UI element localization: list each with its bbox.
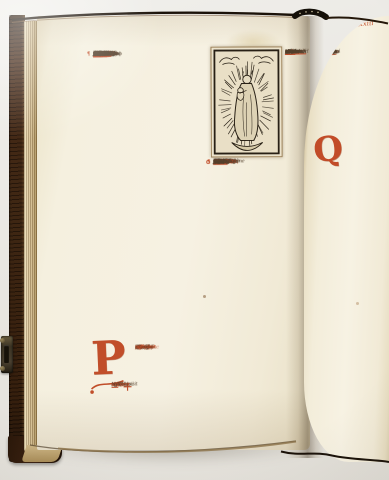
clasp-stud xyxy=(0,366,5,371)
folio-number: · xxxiii xyxy=(350,19,374,29)
initial-q: Q xyxy=(312,131,344,167)
right-page-column: omloydyf bmoay eumcu pmyqam hoplmyg hsan… xyxy=(312,45,389,51)
right-page: · xxxiii Q omloydyf bmoay eumcu pmyqam h… xyxy=(304,16,389,462)
page-block-fore-edge xyxy=(24,21,38,452)
photo-of-open-manuscript-book: P omosaabe ret ebhlrci ultosbub ba mcnac… xyxy=(0,0,389,480)
right-page-text: · xxxiii Q omloydyf bmoay eumcu pmyqam h… xyxy=(304,16,389,455)
stain xyxy=(226,30,280,54)
stain xyxy=(203,295,206,298)
left-cover-board xyxy=(9,15,25,462)
left-page xyxy=(37,16,310,450)
clasp-stud xyxy=(0,338,5,343)
clasp-hole xyxy=(4,345,9,363)
stain xyxy=(356,302,359,305)
clasp xyxy=(1,336,13,373)
